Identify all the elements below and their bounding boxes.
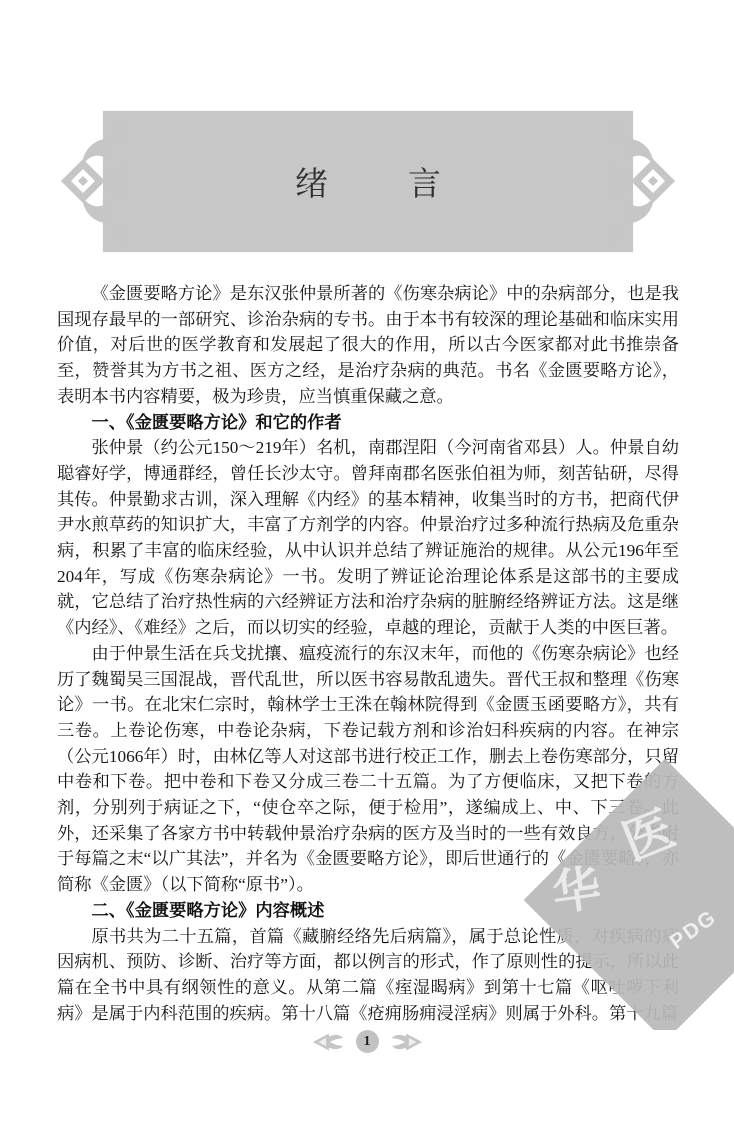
page-number: 1 <box>356 1030 379 1053</box>
history-paragraph: 由于仲景生活在兵戈扰攘、瘟疫流行的东汉末年，而他的《伤寒杂病论》也经历了魏蜀吴三… <box>57 641 679 898</box>
overview-paragraph: 原书共为二十五篇，首篇《藏腑经络先后病篇》，属于总论性质，对疾病的病因病机、预防… <box>57 924 679 1027</box>
section-1-heading: 一、《金匮要略方论》和它的作者 <box>57 410 679 436</box>
banner-fleuron-right-icon <box>607 119 677 243</box>
chapter-title: 绪 言 <box>103 111 633 252</box>
chapter-title-char-1: 绪 <box>295 158 328 205</box>
body-text: 《金匮要略方论》是东汉张仲景所著的《伤寒杂病论》中的杂病部分，也是我国现存最早的… <box>57 281 679 1026</box>
chapter-title-char-2: 言 <box>408 158 441 205</box>
footer-arrow-left-icon <box>311 1031 345 1053</box>
page-footer: 1 <box>0 1030 734 1053</box>
author-paragraph: 张仲景（约公元150～219年）名机，南郡涅阳（今河南省邓县）人。仲景自幼聪睿好… <box>57 435 679 641</box>
book-page: 绪 言 《金匮要略方论》是东汉张仲景所著的《伤寒杂病论》中的杂病部分，也是我国现… <box>0 0 734 1122</box>
footer-arrow-right-icon <box>390 1031 424 1053</box>
intro-paragraph: 《金匮要略方论》是东汉张仲景所著的《伤寒杂病论》中的杂病部分，也是我国现存最早的… <box>57 281 679 410</box>
chapter-banner: 绪 言 <box>103 111 633 252</box>
section-2-heading: 二、《金匮要略方论》内容概述 <box>57 898 679 924</box>
